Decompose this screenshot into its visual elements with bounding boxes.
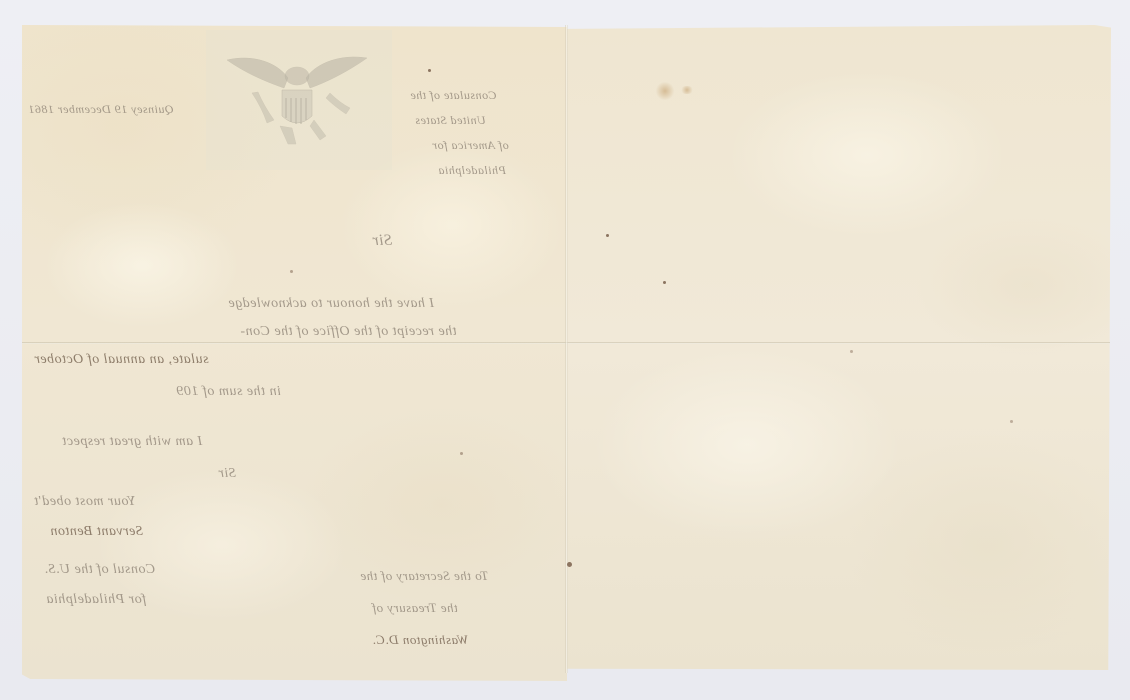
ink-speck (850, 350, 853, 353)
body-line-3: sulate, an annual of October (34, 352, 209, 368)
consulate-heading-line-1: Consulate of the (410, 88, 497, 103)
body-line-2: the receipt of the Office of the Con- (240, 324, 457, 340)
foxing-stain (680, 86, 694, 94)
ink-speck (663, 281, 666, 284)
addressee-line-3: Washington D.C. (372, 632, 468, 648)
horizontal-fold-left (22, 342, 567, 344)
ink-speck (606, 234, 609, 237)
letter-right-page (567, 25, 1111, 670)
ink-speck (1010, 420, 1013, 423)
body-line-4: in the sum of 109 (176, 384, 281, 400)
ink-speck (428, 69, 431, 72)
closing-line-4: Servant Benton (50, 524, 143, 540)
closing-line-2: Sir (218, 466, 236, 482)
ink-speck (290, 270, 293, 273)
addressee-line-2: the Treasury of (372, 600, 458, 616)
consulate-heading-line-4: Philadelphia (438, 163, 506, 178)
closing-line-5: Consul of the U.S. (44, 562, 155, 578)
date-line: Quinsey 19 December 1861 (28, 102, 174, 117)
body-line-1: I have the honour to acknowledge (228, 296, 434, 312)
ink-speck (567, 562, 572, 567)
ink-speck (460, 452, 463, 455)
horizontal-fold-right (567, 342, 1110, 344)
center-fold (565, 25, 568, 673)
closing-line-3: Your most obed't (34, 494, 136, 510)
addressee-line-1: To the Secretary of the (360, 568, 488, 584)
foxing-stain (655, 82, 675, 100)
consulate-heading-line-2: United States (415, 113, 486, 128)
closing-line-6: for Philadelphia (46, 592, 146, 608)
photo-backdrop: Consulate of the United States of Americ… (0, 0, 1130, 700)
eagle-seal-icon (222, 48, 372, 148)
closing-line-1: I am with great respect (62, 434, 202, 450)
consulate-heading-line-3: of America for (432, 138, 509, 153)
salutation: Sir (372, 232, 392, 250)
